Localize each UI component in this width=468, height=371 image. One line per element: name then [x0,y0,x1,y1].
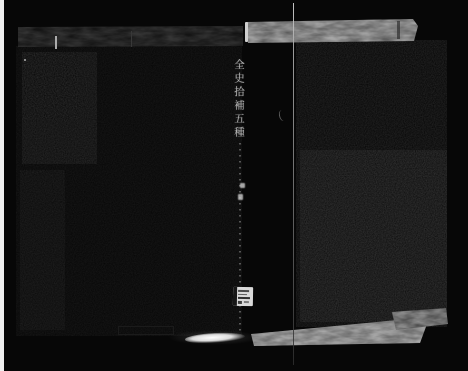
label-dark-bar [233,287,237,306]
top-strip-faint-tick [131,31,132,47]
label-text-block [238,301,242,304]
page-edge-white-strip [0,0,4,371]
top-right-tape-mottle [246,19,418,43]
tape-crack [397,21,400,39]
left-board-lower-patch [20,170,65,330]
label-text-line [238,293,247,295]
label-text-line [238,297,250,299]
faint-character-mark [238,194,243,200]
scanned-book-cover: 全史拾補五種 [0,0,468,371]
faint-scan-outline [118,326,174,335]
top-left-strip-mottle [18,26,243,47]
faint-character-mark [240,183,245,188]
top-strip-bright-tick [55,36,57,49]
library-call-number-label [233,287,253,306]
page-gutter-line [293,3,294,365]
label-text-line [238,290,249,292]
left-board-bright-patch [22,52,97,164]
book-title-vertical: 全史拾補五種 [228,59,248,155]
scan-texture-layer [0,0,468,371]
right-board-bright-patch [300,150,447,322]
stray-dot [24,59,26,61]
label-text-block [244,301,249,303]
tape-bright-left-edge [245,22,248,42]
